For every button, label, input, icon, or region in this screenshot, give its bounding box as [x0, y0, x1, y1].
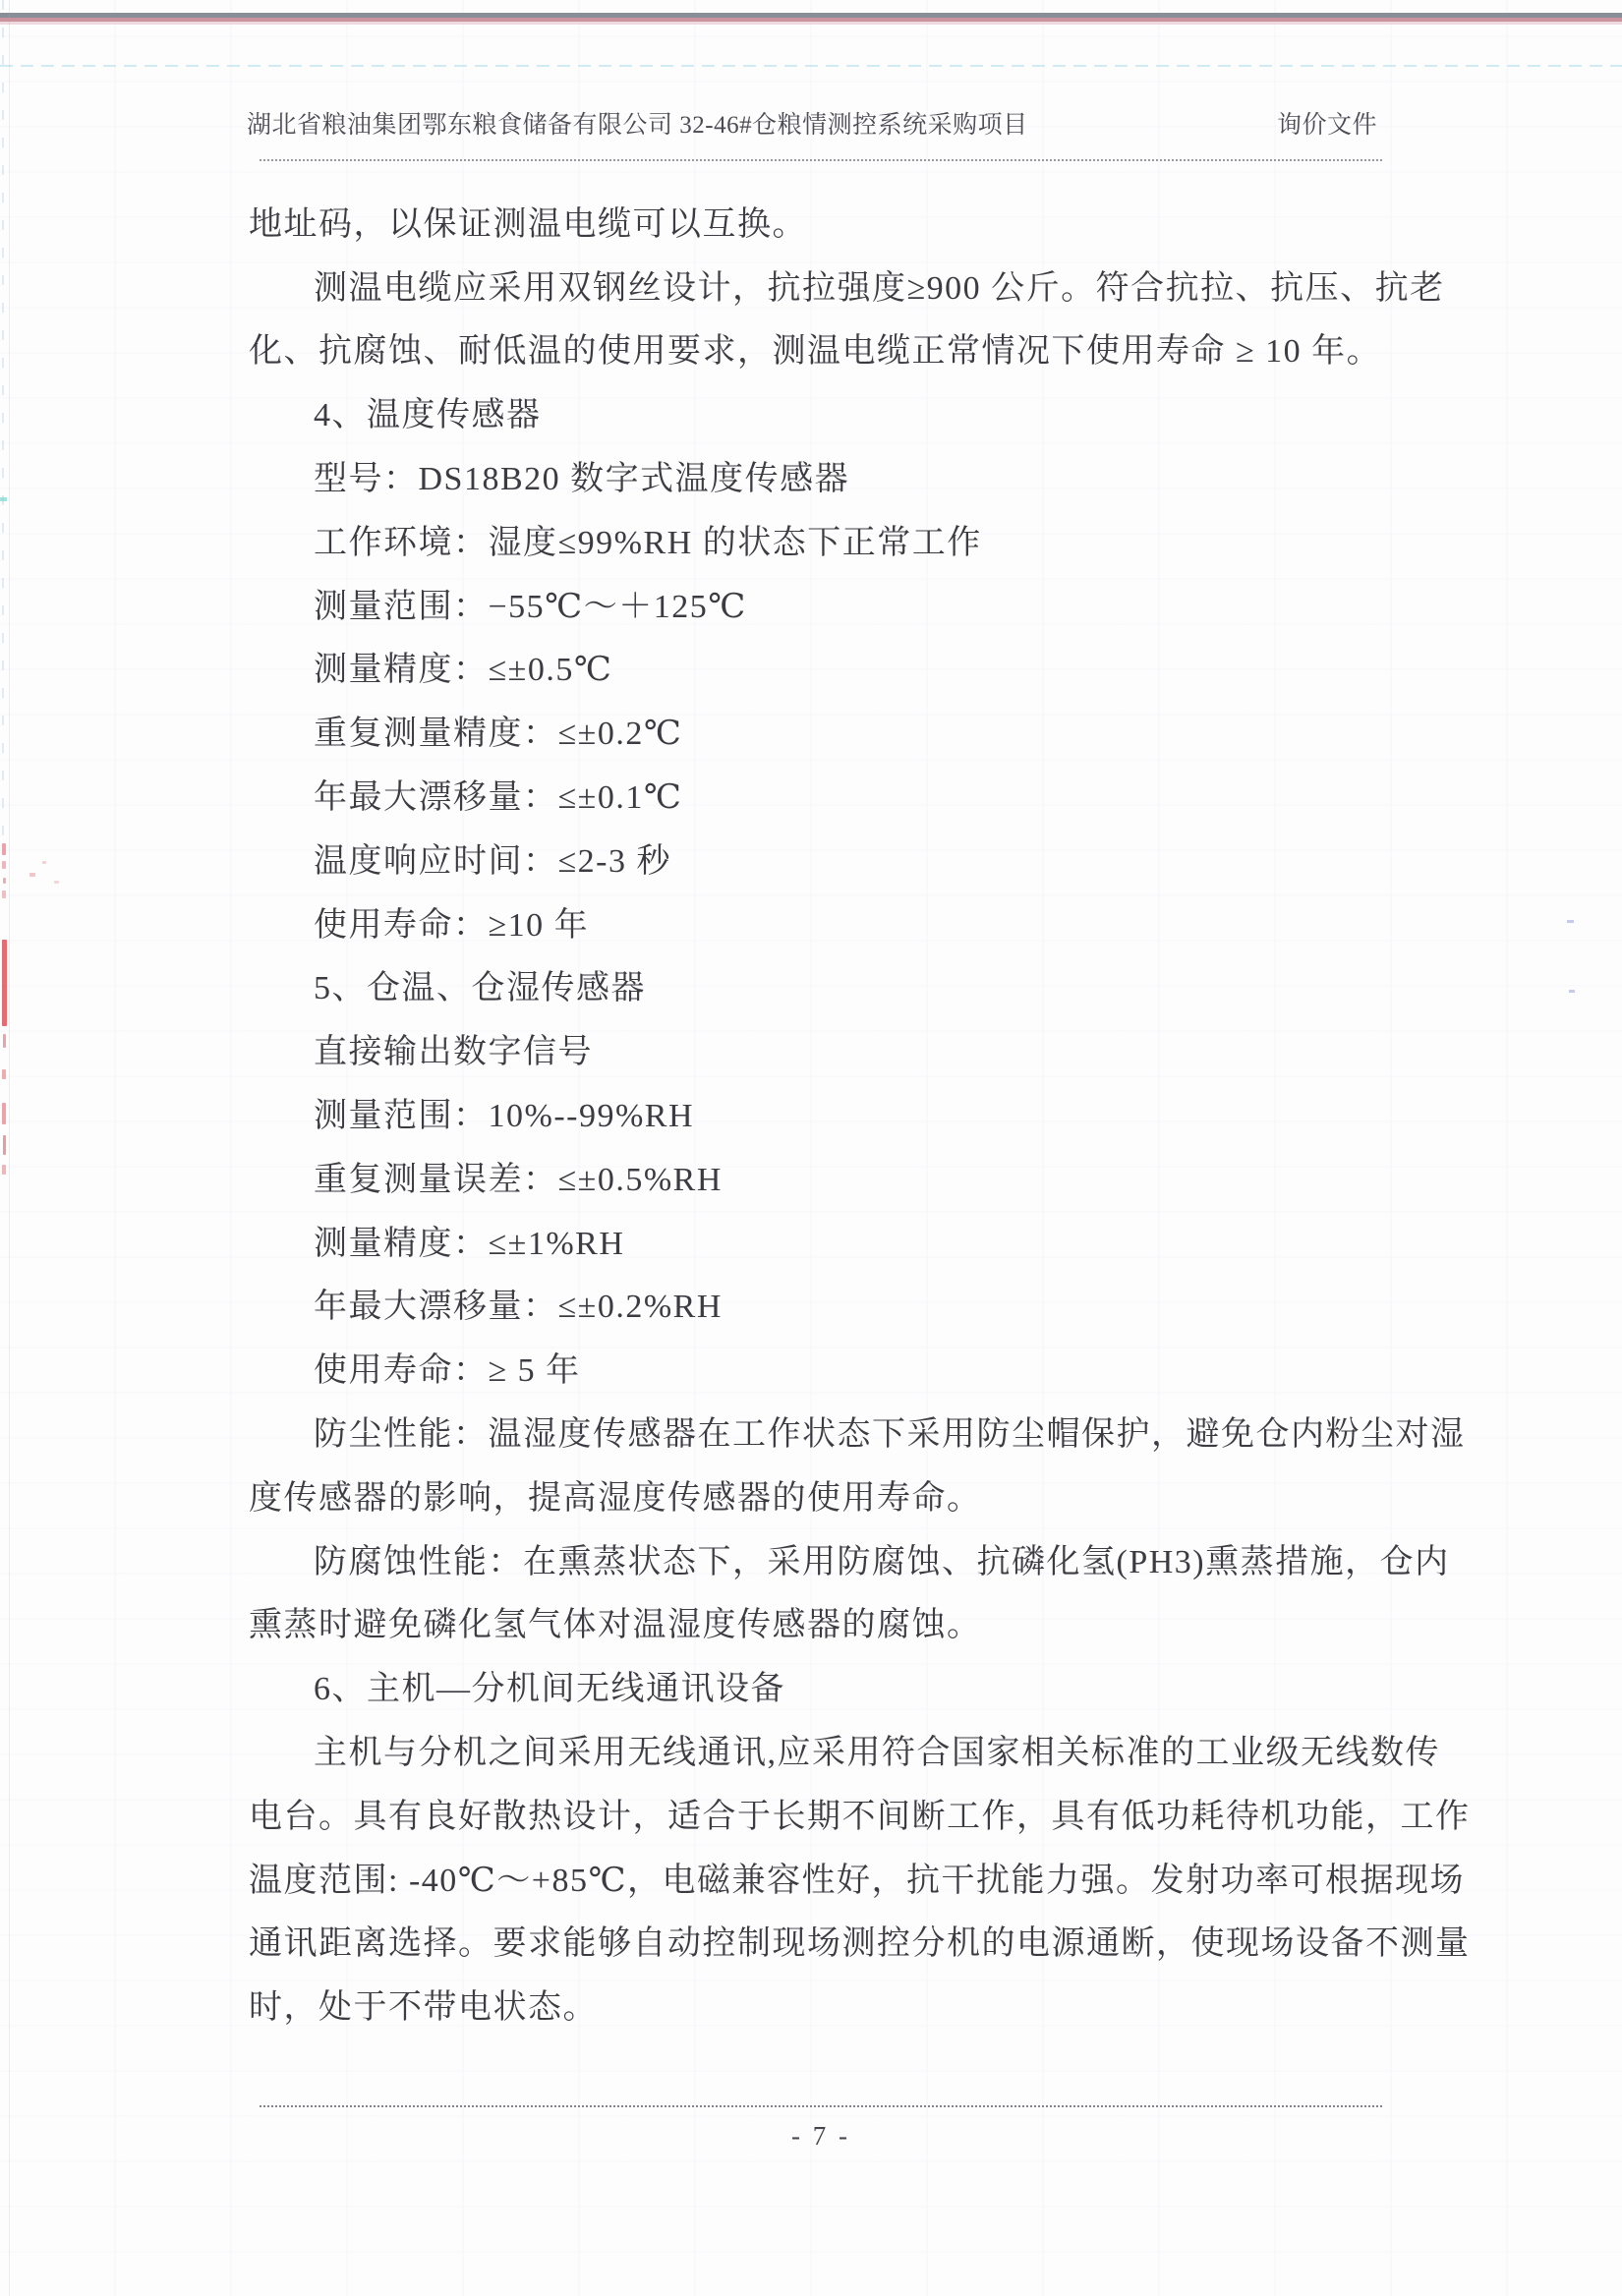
scan-artifact-red-mark	[2, 1103, 6, 1124]
scan-artifact-red-mark	[2, 890, 6, 898]
scan-artifact-teal-dash	[0, 497, 7, 501]
body-line: 年最大漂移量：≤±0.2%RH	[249, 1272, 1404, 1336]
header-left-title: 湖北省粮油集团鄂东粮食储备有限公司 32-46#仓粮情测控系统采购项目	[247, 109, 1028, 143]
body-line: 主机与分机之间采用无线通讯,应采用符合国家相关标准的工业级无线数传	[249, 1717, 1404, 1781]
scan-artifact-red-mark	[3, 1135, 6, 1155]
body-line: 时，处于不带电状态。	[249, 1972, 1404, 2036]
body-line: 防尘性能：温湿度传感器在工作状态下采用防尘帽保护，避免仓内粉尘对湿	[249, 1399, 1404, 1463]
body-line: 地址码，以保证测温电缆可以互换。	[249, 189, 1404, 253]
scan-artifact-left-blue-dashes	[2, 0, 4, 845]
body-line: 型号：DS18B20 数字式温度传感器	[249, 443, 1404, 507]
scan-artifact-blue-speck	[1569, 990, 1575, 993]
body-line: 年最大漂移量：≤±0.1℃	[249, 762, 1404, 826]
scan-artifact-pink-speck	[54, 881, 59, 884]
scan-artifact-cyan-dashed-line	[0, 65, 1622, 67]
scan-artifact-red-mark	[2, 843, 6, 855]
document-body: 地址码，以保证测温电缆可以互换。测温电缆应采用双钢丝设计，抗拉强度≥900 公斤…	[249, 189, 1404, 2036]
page-header: 湖北省粮油集团鄂东粮食储备有限公司 32-46#仓粮情测控系统采购项目 询价文件	[247, 109, 1377, 143]
body-line: 测量精度：≤±0.5℃	[249, 635, 1404, 699]
body-line: 使用寿命：≥ 5 年	[249, 1335, 1404, 1399]
body-line: 使用寿命：≥10 年	[249, 890, 1404, 953]
body-line: 测温电缆应采用双钢丝设计，抗拉强度≥900 公斤。符合抗拉、抗压、抗老	[249, 253, 1404, 316]
scan-artifact-pink-speck	[29, 873, 35, 877]
body-line: 测量范围：10%--99%RH	[249, 1080, 1404, 1144]
header-rule	[260, 159, 1382, 161]
footer-rule	[260, 2105, 1382, 2107]
body-line: 温度范围: -40℃～+85℃，电磁兼容性好，抗干扰能力强。发射功率可根据现场	[249, 1845, 1404, 1909]
body-line: 防腐蚀性能：在熏蒸状态下，采用防腐蚀、抗磷化氢(PH3)熏蒸措施，仓内	[249, 1526, 1404, 1590]
body-line: 工作环境：湿度≤99%RH 的状态下正常工作	[249, 507, 1404, 571]
scan-artifact-red-mark	[2, 1069, 6, 1079]
scanned-document-page: 湖北省粮油集团鄂东粮食储备有限公司 32-46#仓粮情测控系统采购项目 询价文件…	[0, 0, 1622, 2296]
body-line: 电台。具有良好散热设计，适合于长期不间断工作，具有低功耗待机功能，工作	[249, 1781, 1404, 1845]
scan-artifact-pink-speck	[42, 861, 46, 864]
scan-artifact-blue-speck	[1567, 920, 1574, 923]
body-line: 5、仓温、仓湿传感器	[249, 953, 1404, 1017]
header-right-label: 询价文件	[1277, 109, 1377, 143]
body-line: 熏蒸时避免磷化氢气体对温湿度传感器的腐蚀。	[249, 1590, 1404, 1654]
body-line: 温度响应时间：≤2-3 秒	[249, 826, 1404, 890]
scan-artifact-red-mark	[2, 1165, 6, 1175]
body-line: 化、抗腐蚀、耐低温的使用要求，测温电缆正常情况下使用寿命 ≥ 10 年。	[249, 316, 1404, 380]
body-line: 测量精度：≤±1%RH	[249, 1208, 1404, 1272]
scan-artifact-red-bar	[2, 940, 7, 1026]
scan-artifact-left-edge-line	[9, 0, 10, 2296]
body-line: 6、主机—分机间无线通讯设备	[249, 1653, 1404, 1717]
scan-artifact-red-mark	[3, 878, 6, 884]
body-line: 通讯距离选择。要求能够自动控制现场测控分机的电源通断，使现场设备不测量	[249, 1909, 1404, 1973]
body-line: 4、温度传感器	[249, 379, 1404, 443]
body-line: 重复测量误差：≤±0.5%RH	[249, 1144, 1404, 1208]
scan-artifact-top-pink-glow	[0, 22, 1622, 25]
scan-artifact-red-mark	[3, 1034, 6, 1048]
scan-artifact-red-mark	[2, 861, 6, 869]
body-line: 测量范围：−55℃～＋125℃	[249, 571, 1404, 635]
page-number: - 7 -	[260, 2121, 1382, 2152]
body-line: 度传感器的影响，提高湿度传感器的使用寿命。	[249, 1463, 1404, 1526]
body-line: 直接输出数字信号	[249, 1016, 1404, 1080]
body-line: 重复测量精度：≤±0.2℃	[249, 698, 1404, 762]
